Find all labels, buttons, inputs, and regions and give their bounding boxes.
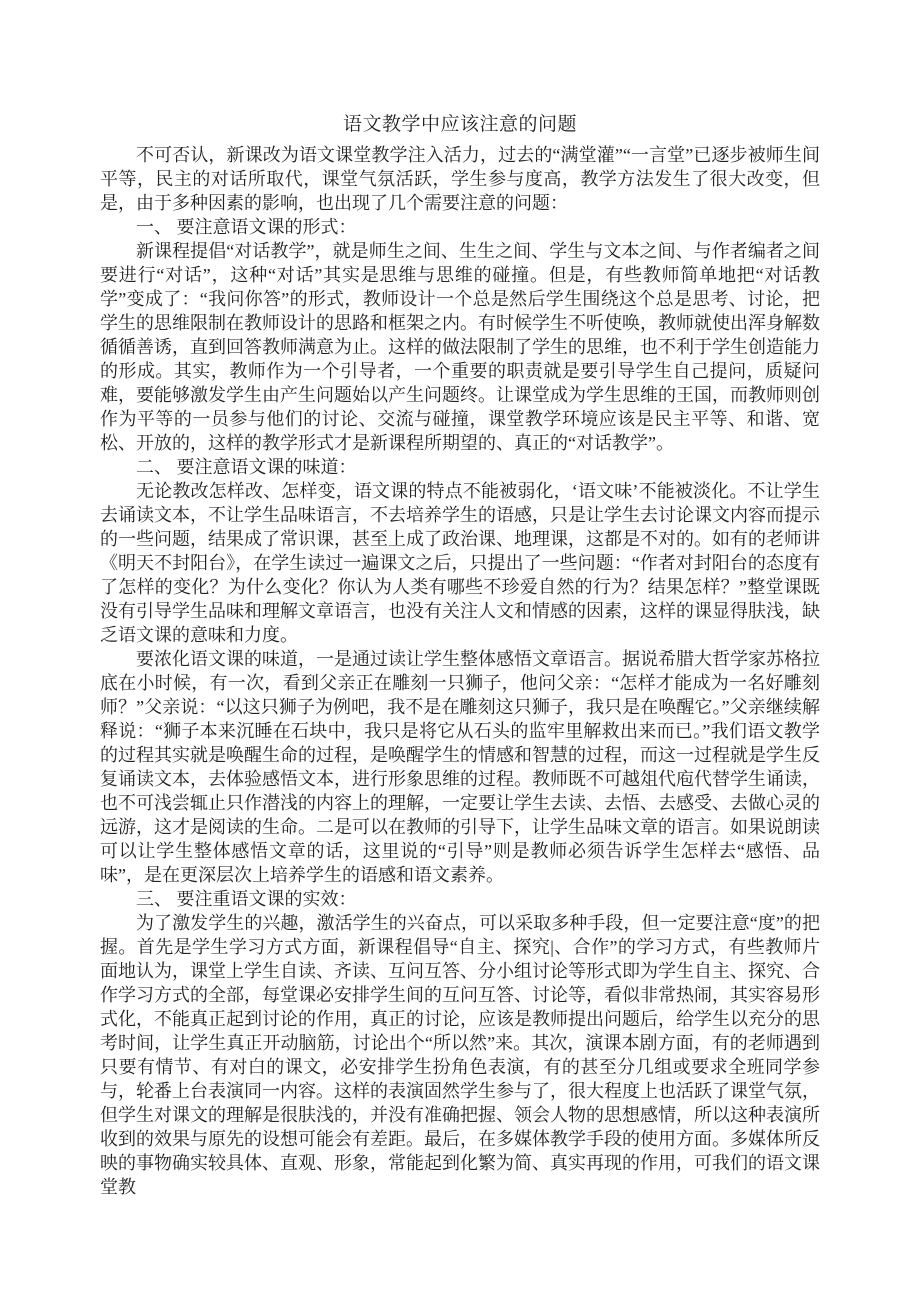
section-3-heading: 三、 要注重语文课的实效： [100, 887, 820, 911]
document-page: 语文教学中应该注意的问题 不可否认，新课改为语文课堂教学注入活力，过去的“满堂灌… [100, 112, 820, 1199]
intro-paragraph: 不可否认，新课改为语文课堂教学注入活力，过去的“满堂灌”“一言堂”已逐步被师生间… [100, 143, 820, 215]
section-2-heading: 二、 要注意语文课的味道： [100, 455, 820, 479]
section-3-paragraph: 为了激发学生的兴趣，激活学生的兴奋点，可以采取多种手段，但一定要注意“度”的把握… [100, 911, 820, 1199]
section-1-heading: 一、 要注意语文课的形式： [100, 215, 820, 239]
section-1-paragraph: 新课程提倡“对话教学”，就是师生之间、生生之间、学生与文本之间、与作者编者之间要… [100, 239, 820, 455]
section-2-paragraph-1: 无论教改怎样改、怎样变，语文课的特点不能被弱化，‘语文味’不能被淡化。不让学生去… [100, 479, 820, 647]
document-title: 语文教学中应该注意的问题 [100, 112, 820, 138]
section-2-paragraph-2: 要浓化语文课的味道，一是通过读让学生整体感悟文章语言。据说希腊大哲学家苏格拉底在… [100, 647, 820, 887]
